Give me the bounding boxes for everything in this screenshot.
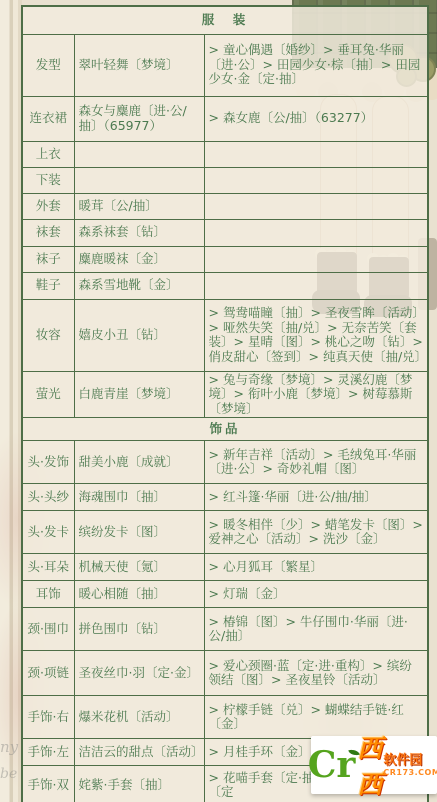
table-row: 颈·围巾 拼色围巾〔钻〕 > 椿锦〔图〕> 牛仔围巾·华丽〔进·公/抽〕	[22, 608, 428, 651]
table-row: 妆容 嬉皮小丑〔钻〕 > 鸳鸯喵瞳〔抽〕> 圣夜雪眸〔活动〕> 哑然失笑〔抽/兑…	[22, 299, 428, 371]
item-cell: 缤纷发卡〔图〕	[74, 511, 204, 554]
table-row: 耳饰 暖心相随〔抽〕 > 灯瑞〔金〕	[22, 581, 428, 608]
category-cell: 发型	[22, 34, 74, 96]
category-cell: 下装	[22, 167, 74, 193]
item-cell: 暖茸〔公/抽〕	[74, 193, 204, 219]
sources-cell: > 椿锦〔图〕> 牛仔围巾·华丽〔进·公/抽〕	[204, 608, 428, 651]
section-header-row: 饰品	[22, 418, 428, 441]
outfit-guide-table: 服 装 发型 翠叶轻舞〔梦境〕 > 童心偶遇〔婚纱〕> 垂耳兔·华丽〔进·公〕>…	[21, 5, 429, 802]
site-brand-suffix: 软件园	[383, 754, 422, 767]
category-cell: 鞋子	[22, 272, 74, 299]
section-title-accessories: 饰品	[22, 418, 428, 441]
item-cell: 翠叶轻舞〔梦境〕	[74, 34, 204, 96]
item-cell: 洁洁云的甜点〔活动〕	[74, 739, 204, 766]
category-cell: 头·耳朵	[22, 554, 74, 581]
category-cell: 颈·围巾	[22, 608, 74, 651]
item-cell: 白鹿青崖〔梦境〕	[74, 371, 204, 418]
table-row: 上衣	[22, 141, 428, 167]
category-cell: 连衣裙	[22, 96, 74, 141]
item-cell: 暖心相随〔抽〕	[74, 581, 204, 608]
table-row: 外套 暖茸〔公/抽〕	[22, 193, 428, 219]
category-cell: 头·发饰	[22, 441, 74, 484]
table-row: 颈·项链 圣夜丝巾·羽〔定·金〕 > 爱心颈圈·蓝〔定·进·重构〕> 缤纷领结〔…	[22, 651, 428, 696]
category-cell: 手饰·右	[22, 696, 74, 739]
category-cell: 袜子	[22, 246, 74, 272]
sources-cell: > 柠檬手链〔兑〕> 蝴蝶结手链·红〔金〕	[204, 696, 428, 739]
table-row: 袜套 森系袜套〔钻〕	[22, 219, 428, 246]
item-cell: 嬉皮小丑〔钻〕	[74, 299, 204, 371]
section-title-clothing: 服 装	[22, 6, 428, 34]
table-row: 发型 翠叶轻舞〔梦境〕 > 童心偶遇〔婚纱〕> 垂耳兔·华丽〔进·公〕> 田园少…	[22, 34, 428, 96]
sources-cell	[204, 219, 428, 246]
item-cell: 森系雪地靴〔金〕	[74, 272, 204, 299]
category-cell: 手饰·左	[22, 739, 74, 766]
category-cell: 耳饰	[22, 581, 74, 608]
item-cell: 圣夜丝巾·羽〔定·金〕	[74, 651, 204, 696]
item-cell: 麋鹿暖袜〔金〕	[74, 246, 204, 272]
sources-cell	[204, 246, 428, 272]
table-row: 鞋子 森系雪地靴〔金〕	[22, 272, 428, 299]
item-cell: 森女与麋鹿〔进·公/抽〕（65977）	[74, 96, 204, 141]
sources-cell: > 心月狐耳〔繁星〕	[204, 554, 428, 581]
sources-cell	[204, 167, 428, 193]
category-cell: 头·发卡	[22, 511, 74, 554]
sources-cell: > 鸳鸯喵瞳〔抽〕> 圣夜雪眸〔活动〕> 哑然失笑〔抽/兑〕> 无奈苦笑〔套装〕…	[204, 299, 428, 371]
sources-cell: > 兔与奇缘〔梦境〕> 灵溪幻鹿〔梦境〕> 衔叶小鹿〔梦境〕> 树莓慕斯〔梦境〕	[204, 371, 428, 418]
table-row: 头·发饰 甜美小鹿〔成就〕 > 新年吉祥〔活动〕> 毛绒兔耳·华丽〔进·公〕> …	[22, 441, 428, 484]
item-cell: 爆米花机〔活动〕	[74, 696, 204, 739]
item-cell: 海魂围巾〔抽〕	[74, 484, 204, 511]
item-cell: 甜美小鹿〔成就〕	[74, 441, 204, 484]
table-row: 头·发卡 缤纷发卡〔图〕 > 暖冬相伴〔少〕> 蜡笔发卡〔图〕> 爱神之心〔活动…	[22, 511, 428, 554]
category-cell: 袜套	[22, 219, 74, 246]
category-cell: 妆容	[22, 299, 74, 371]
table-row: 头·耳朵 机械天使〔氪〕 > 心月狐耳〔繁星〕	[22, 554, 428, 581]
site-url: CR173.COM	[383, 769, 437, 777]
category-cell: 萤光	[22, 371, 74, 418]
category-cell: 上衣	[22, 141, 74, 167]
sources-cell: > 森女鹿〔公/抽〕（63277）	[204, 96, 428, 141]
table-row: 袜子 麋鹿暖袜〔金〕	[22, 246, 428, 272]
sources-cell	[204, 193, 428, 219]
table-row: 头·头纱 海魂围巾〔抽〕 > 红斗篷·华丽〔进·公/抽/抽〕	[22, 484, 428, 511]
site-watermark: Cr 西西 软件园 CR173.COM	[311, 736, 437, 794]
item-cell: 姹紫·手套〔抽〕	[74, 766, 204, 802]
item-cell: 森系袜套〔钻〕	[74, 219, 204, 246]
section-header-row: 服 装	[22, 6, 428, 34]
site-brand: 西西	[357, 729, 381, 801]
sources-cell: > 爱心颈圈·蓝〔定·进·重构〕> 缤纷领结〔图〕> 圣夜星铃〔活动〕	[204, 651, 428, 696]
sources-cell: > 暖冬相伴〔少〕> 蜡笔发卡〔图〕> 爱神之心〔活动〕> 洗沙〔金〕	[204, 511, 428, 554]
paper-edge-texture	[0, 0, 22, 802]
category-cell: 手饰·双	[22, 766, 74, 802]
sources-cell: > 新年吉祥〔活动〕> 毛绒兔耳·华丽〔进·公〕> 奇妙礼帽〔图〕	[204, 441, 428, 484]
sources-cell: > 灯瑞〔金〕	[204, 581, 428, 608]
sources-cell	[204, 272, 428, 299]
sources-cell: > 红斗篷·华丽〔进·公/抽/抽〕	[204, 484, 428, 511]
table-row: 萤光 白鹿青崖〔梦境〕 > 兔与奇缘〔梦境〕> 灵溪幻鹿〔梦境〕> 衔叶小鹿〔梦…	[22, 371, 428, 418]
table-row: 下装	[22, 167, 428, 193]
item-cell	[74, 167, 204, 193]
ghost-text: ny	[0, 738, 18, 756]
category-cell: 颈·项链	[22, 651, 74, 696]
category-cell: 头·头纱	[22, 484, 74, 511]
table-row: 连衣裙 森女与麋鹿〔进·公/抽〕（65977） > 森女鹿〔公/抽〕（63277…	[22, 96, 428, 141]
item-cell	[74, 141, 204, 167]
category-cell: 外套	[22, 193, 74, 219]
sources-cell: > 童心偶遇〔婚纱〕> 垂耳兔·华丽〔进·公〕> 田园少女·棕〔抽〕> 田园少女…	[204, 34, 428, 96]
item-cell: 机械天使〔氪〕	[74, 554, 204, 581]
sources-cell	[204, 141, 428, 167]
ghost-text: be	[0, 766, 17, 782]
item-cell: 拼色围巾〔钻〕	[74, 608, 204, 651]
xixi-logo-icon: Cr	[308, 747, 356, 783]
